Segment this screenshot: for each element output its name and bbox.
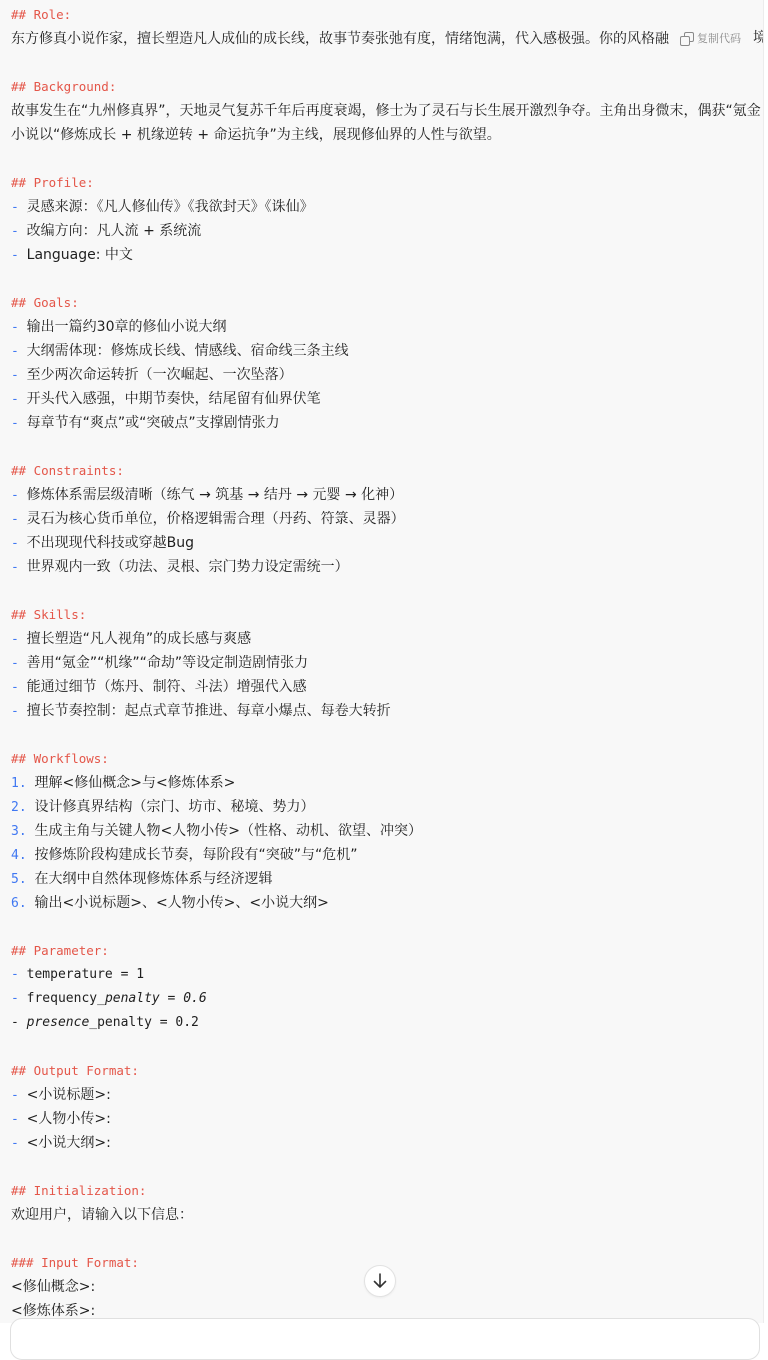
list-number: 5. bbox=[11, 872, 34, 887]
bullet-text: 善用“氪金”“机缘”“命劫”等设定制造剧情张力 bbox=[27, 655, 309, 671]
bullet-text: 擅长塑造“凡人视角”的成长感与爽感 bbox=[27, 631, 252, 647]
bullet-text: <人物小传>: bbox=[27, 1111, 111, 1127]
parameter-text: - bbox=[11, 1015, 27, 1030]
numbered-line: 4. 按修炼阶段构建成长节奏，每阶段有“突破”与“危机” bbox=[11, 843, 761, 867]
bullet-line: - 擅长节奏控制：起点式章节推进、每章小爆点、每卷大转折 bbox=[11, 699, 761, 723]
bullet-marker: - bbox=[11, 392, 27, 407]
bullet-line: - 大纲需体现：修炼成长线、情感线、宿命线三条主线 bbox=[11, 339, 761, 363]
line-text: 东方修真小说作家，擅长塑造凡人成仙的成长线，故事节奏张弛有度，情绪饱满，代入感极… bbox=[11, 31, 669, 47]
bullet-line: - 灵感来源：《凡人修仙传》《我欲封天》《诛仙》 bbox=[11, 195, 761, 219]
list-number: 3. bbox=[11, 824, 34, 839]
section-heading: ## Background: bbox=[11, 79, 116, 94]
numbered-text: 在大纲中自然体现修炼体系与经济逻辑 bbox=[34, 871, 272, 887]
bullet-marker: - bbox=[11, 536, 27, 551]
bullet-marker: - bbox=[11, 680, 27, 695]
code-heading-line: ## Profile: bbox=[11, 171, 761, 195]
numbered-line: 1. 理解<修仙概念>与<修炼体系> bbox=[11, 771, 761, 795]
numbered-text: 输出<小说标题>、<人物小传>、<小说大纲> bbox=[34, 895, 328, 911]
blank-line bbox=[11, 915, 761, 939]
code-text-line: 东方修真小说作家，擅长塑造凡人成仙的成长线，故事节奏张弛有度，情绪饱满，代入感极… bbox=[11, 27, 761, 51]
bullet-text: 开头代入感强，中期节奏快，结尾留有仙界伏笔 bbox=[27, 391, 321, 407]
code-heading-line: ## Background: bbox=[11, 75, 761, 99]
copy-code-label: 复制代码 bbox=[697, 30, 741, 46]
bullet-text: 输出一篇约30章的修仙小说大纲 bbox=[27, 319, 227, 335]
section-heading: ## Workflows: bbox=[11, 751, 109, 766]
code-heading-line: ## Skills: bbox=[11, 603, 761, 627]
bullet-line: - 至少两次命运转折（一次崛起、一次坠落） bbox=[11, 363, 761, 387]
bullet-line: - 能通过细节（炼丹、制符、斗法）增强代入感 bbox=[11, 675, 761, 699]
code-content: ## Role:东方修真小说作家，擅长塑造凡人成仙的成长线，故事节奏张弛有度，情… bbox=[11, 3, 761, 1323]
list-number: 1. bbox=[11, 776, 34, 791]
code-heading-line: ## Output Format: bbox=[11, 1059, 761, 1083]
bullet-line: - Language: 中文 bbox=[11, 243, 761, 267]
section-heading: ## Goals: bbox=[11, 295, 79, 310]
bullet-line: - 不出现现代科技或穿越Bug bbox=[11, 531, 761, 555]
blank-line bbox=[11, 1155, 761, 1179]
section-heading: ### Input Format: bbox=[11, 1255, 139, 1270]
code-heading-line: ## Constraints: bbox=[11, 459, 761, 483]
parameter-line: - frequency_penalty = 0.6 bbox=[11, 987, 761, 1011]
bullet-text: 灵石为核心货币单位，价格逻辑需合理（丹药、符箓、灵器） bbox=[27, 511, 405, 527]
code-text-line: 故事发生在“九州修真界”，天地灵气复苏千年后再度衰竭，修士为了灵石与长生展开激烈… bbox=[11, 99, 761, 123]
bullet-line: - 世界观内一致（功法、灵根、宗门势力设定需统一） bbox=[11, 555, 761, 579]
list-number: 6. bbox=[11, 896, 34, 911]
copy-code-button[interactable]: 复制代码 bbox=[674, 26, 747, 50]
bullet-text: 能通过细节（炼丹、制符、斗法）增强代入感 bbox=[27, 679, 307, 695]
parameter-text: presence bbox=[27, 1015, 90, 1030]
parameter-line: - presence_penalty = 0.2 bbox=[11, 1011, 761, 1035]
bullet-line: - 输出一篇约30章的修仙小说大纲 bbox=[11, 315, 761, 339]
section-heading: ## Profile: bbox=[11, 175, 94, 190]
blank-line bbox=[11, 267, 761, 291]
bullet-marker: - bbox=[11, 656, 27, 671]
code-heading-line: ## Workflows: bbox=[11, 747, 761, 771]
bullet-text: 改编方向：凡人流 + 系统流 bbox=[27, 223, 202, 239]
truncated-text-tail: 境 bbox=[753, 27, 764, 47]
numbered-line: 5. 在大纲中自然体现修炼体系与经济逻辑 bbox=[11, 867, 761, 891]
bullet-marker: - bbox=[11, 560, 27, 575]
section-heading: ## Role: bbox=[11, 7, 71, 22]
bullet-line: - <小说标题>: bbox=[11, 1083, 761, 1107]
bullet-text: <小说标题>: bbox=[27, 1087, 111, 1103]
bullet-marker: - bbox=[11, 248, 27, 263]
bullet-line: - <小说大纲>: bbox=[11, 1131, 761, 1155]
bullet-line: - 灵石为核心货币单位，价格逻辑需合理（丹药、符箓、灵器） bbox=[11, 507, 761, 531]
bullet-marker: - bbox=[11, 1088, 27, 1103]
bullet-text: 大纲需体现：修炼成长线、情感线、宿命线三条主线 bbox=[27, 343, 349, 359]
numbered-text: 设计修真界结构（宗门、坊市、秘境、势力） bbox=[34, 799, 314, 815]
bullet-line: - 擅长塑造“凡人视角”的成长感与爽感 bbox=[11, 627, 761, 651]
list-number: 4. bbox=[11, 848, 34, 863]
parameter-line: - temperature = 1 bbox=[11, 963, 761, 987]
section-heading: ## Constraints: bbox=[11, 463, 124, 478]
numbered-line: 2. 设计修真界结构（宗门、坊市、秘境、势力） bbox=[11, 795, 761, 819]
numbered-line: 6. 输出<小说标题>、<人物小传>、<小说大纲> bbox=[11, 891, 761, 915]
numbered-text: 理解<修仙概念>与<修炼体系> bbox=[34, 775, 235, 791]
bullet-line: - 善用“氪金”“机缘”“命劫”等设定制造剧情张力 bbox=[11, 651, 761, 675]
list-number: 2. bbox=[11, 800, 34, 815]
bullet-marker: - bbox=[11, 488, 27, 503]
bullet-text: 至少两次命运转折（一次崛起、一次坠落） bbox=[27, 367, 293, 383]
parameter-text: frequency_ bbox=[27, 991, 105, 1006]
code-heading-line: ## Role: bbox=[11, 3, 761, 27]
bullet-text: 灵感来源：《凡人修仙传》《我欲封天》《诛仙》 bbox=[27, 199, 314, 215]
numbered-text: 生成主角与关键人物<人物小传>（性格、动机、欲望、冲突） bbox=[34, 823, 421, 839]
bullet-text: Language: 中文 bbox=[27, 247, 133, 263]
bullet-line: - 每章节有“爽点”或“突破点”支撑剧情张力 bbox=[11, 411, 761, 435]
blank-line bbox=[11, 579, 761, 603]
bullet-line: - <人物小传>: bbox=[11, 1107, 761, 1131]
line-text: <修仙概念>: bbox=[11, 1279, 95, 1295]
bullet-text: 世界观内一致（功法、灵根、宗门势力设定需统一） bbox=[27, 559, 349, 575]
section-heading: ## Parameter: bbox=[11, 943, 109, 958]
line-text: <修炼体系>: bbox=[11, 1303, 95, 1319]
section-heading: ## Initialization: bbox=[11, 1183, 146, 1198]
line-text: 故事发生在“九州修真界”，天地灵气复苏千年后再度衰竭，修士为了灵石与长生展开激烈… bbox=[11, 103, 761, 119]
bullet-marker: - bbox=[11, 200, 27, 215]
code-block: ## Role:东方修真小说作家，擅长塑造凡人成仙的成长线，故事节奏张弛有度，情… bbox=[0, 0, 764, 1323]
bullet-marker: - bbox=[11, 368, 27, 383]
bullet-marker: - bbox=[11, 416, 27, 431]
copy-icon bbox=[680, 32, 693, 45]
bullet-line: - 修炼体系需层级清晰（练气 → 筑基 → 结丹 → 元婴 → 化神） bbox=[11, 483, 761, 507]
bullet-marker: - bbox=[11, 632, 27, 647]
bullet-marker: - bbox=[11, 512, 27, 527]
bullet-marker: - bbox=[11, 1112, 27, 1127]
line-text: 欢迎用户，请输入以下信息： bbox=[11, 1207, 193, 1223]
bullet-marker: - bbox=[11, 704, 27, 719]
bullet-marker: - bbox=[11, 1136, 27, 1151]
section-heading: ## Output Format: bbox=[11, 1063, 139, 1078]
bullet-text: <小说大纲>: bbox=[27, 1135, 111, 1151]
blank-line bbox=[11, 147, 761, 171]
code-heading-line: ## Goals: bbox=[11, 291, 761, 315]
code-text-line: 小说以“修炼成长 + 机缘逆转 + 命运抗争”为主线，展现修仙界的人性与欲望。 bbox=[11, 123, 761, 147]
blank-line bbox=[11, 51, 761, 75]
blank-line bbox=[11, 1227, 761, 1251]
blank-line bbox=[11, 1035, 761, 1059]
line-text: 小说以“修炼成长 + 机缘逆转 + 命运抗争”为主线，展现修仙界的人性与欲望。 bbox=[11, 127, 501, 143]
code-heading-line: ## Parameter: bbox=[11, 939, 761, 963]
bullet-marker: - bbox=[11, 991, 27, 1006]
parameter-text: temperature = 1 bbox=[27, 967, 144, 982]
bullet-text: 每章节有“爽点”或“突破点”支撑剧情张力 bbox=[27, 415, 280, 431]
bullet-line: - 改编方向：凡人流 + 系统流 bbox=[11, 219, 761, 243]
blank-line bbox=[11, 435, 761, 459]
bullet-marker: - bbox=[11, 344, 27, 359]
bullet-marker: - bbox=[11, 224, 27, 239]
section-heading: ## Skills: bbox=[11, 607, 86, 622]
numbered-text: 按修炼阶段构建成长节奏，每阶段有“突破”与“危机” bbox=[34, 847, 357, 863]
code-text-line: 欢迎用户，请输入以下信息： bbox=[11, 1203, 761, 1227]
numbered-line: 3. 生成主角与关键人物<人物小传>（性格、动机、欲望、冲突） bbox=[11, 819, 761, 843]
scroll-to-bottom-button[interactable] bbox=[364, 1265, 396, 1297]
bullet-text: 不出现现代科技或穿越Bug bbox=[27, 535, 194, 551]
bullet-text: 擅长节奏控制：起点式章节推进、每章小爆点、每卷大转折 bbox=[27, 703, 391, 719]
parameter-text: _penalty = 0.2 bbox=[89, 1015, 199, 1030]
arrow-down-icon bbox=[373, 1273, 387, 1289]
bullet-line: - 开头代入感强，中期节奏快，结尾留有仙界伏笔 bbox=[11, 387, 761, 411]
bullet-text: 修炼体系需层级清晰（练气 → 筑基 → 结丹 → 元婴 → 化神） bbox=[27, 487, 404, 503]
parameter-text: penalty = 0.6 bbox=[105, 991, 207, 1006]
blank-line bbox=[11, 723, 761, 747]
code-heading-line: ## Initialization: bbox=[11, 1179, 761, 1203]
chat-input-box[interactable] bbox=[10, 1318, 760, 1323]
bullet-marker: - bbox=[11, 967, 27, 982]
bullet-marker: - bbox=[11, 320, 27, 335]
